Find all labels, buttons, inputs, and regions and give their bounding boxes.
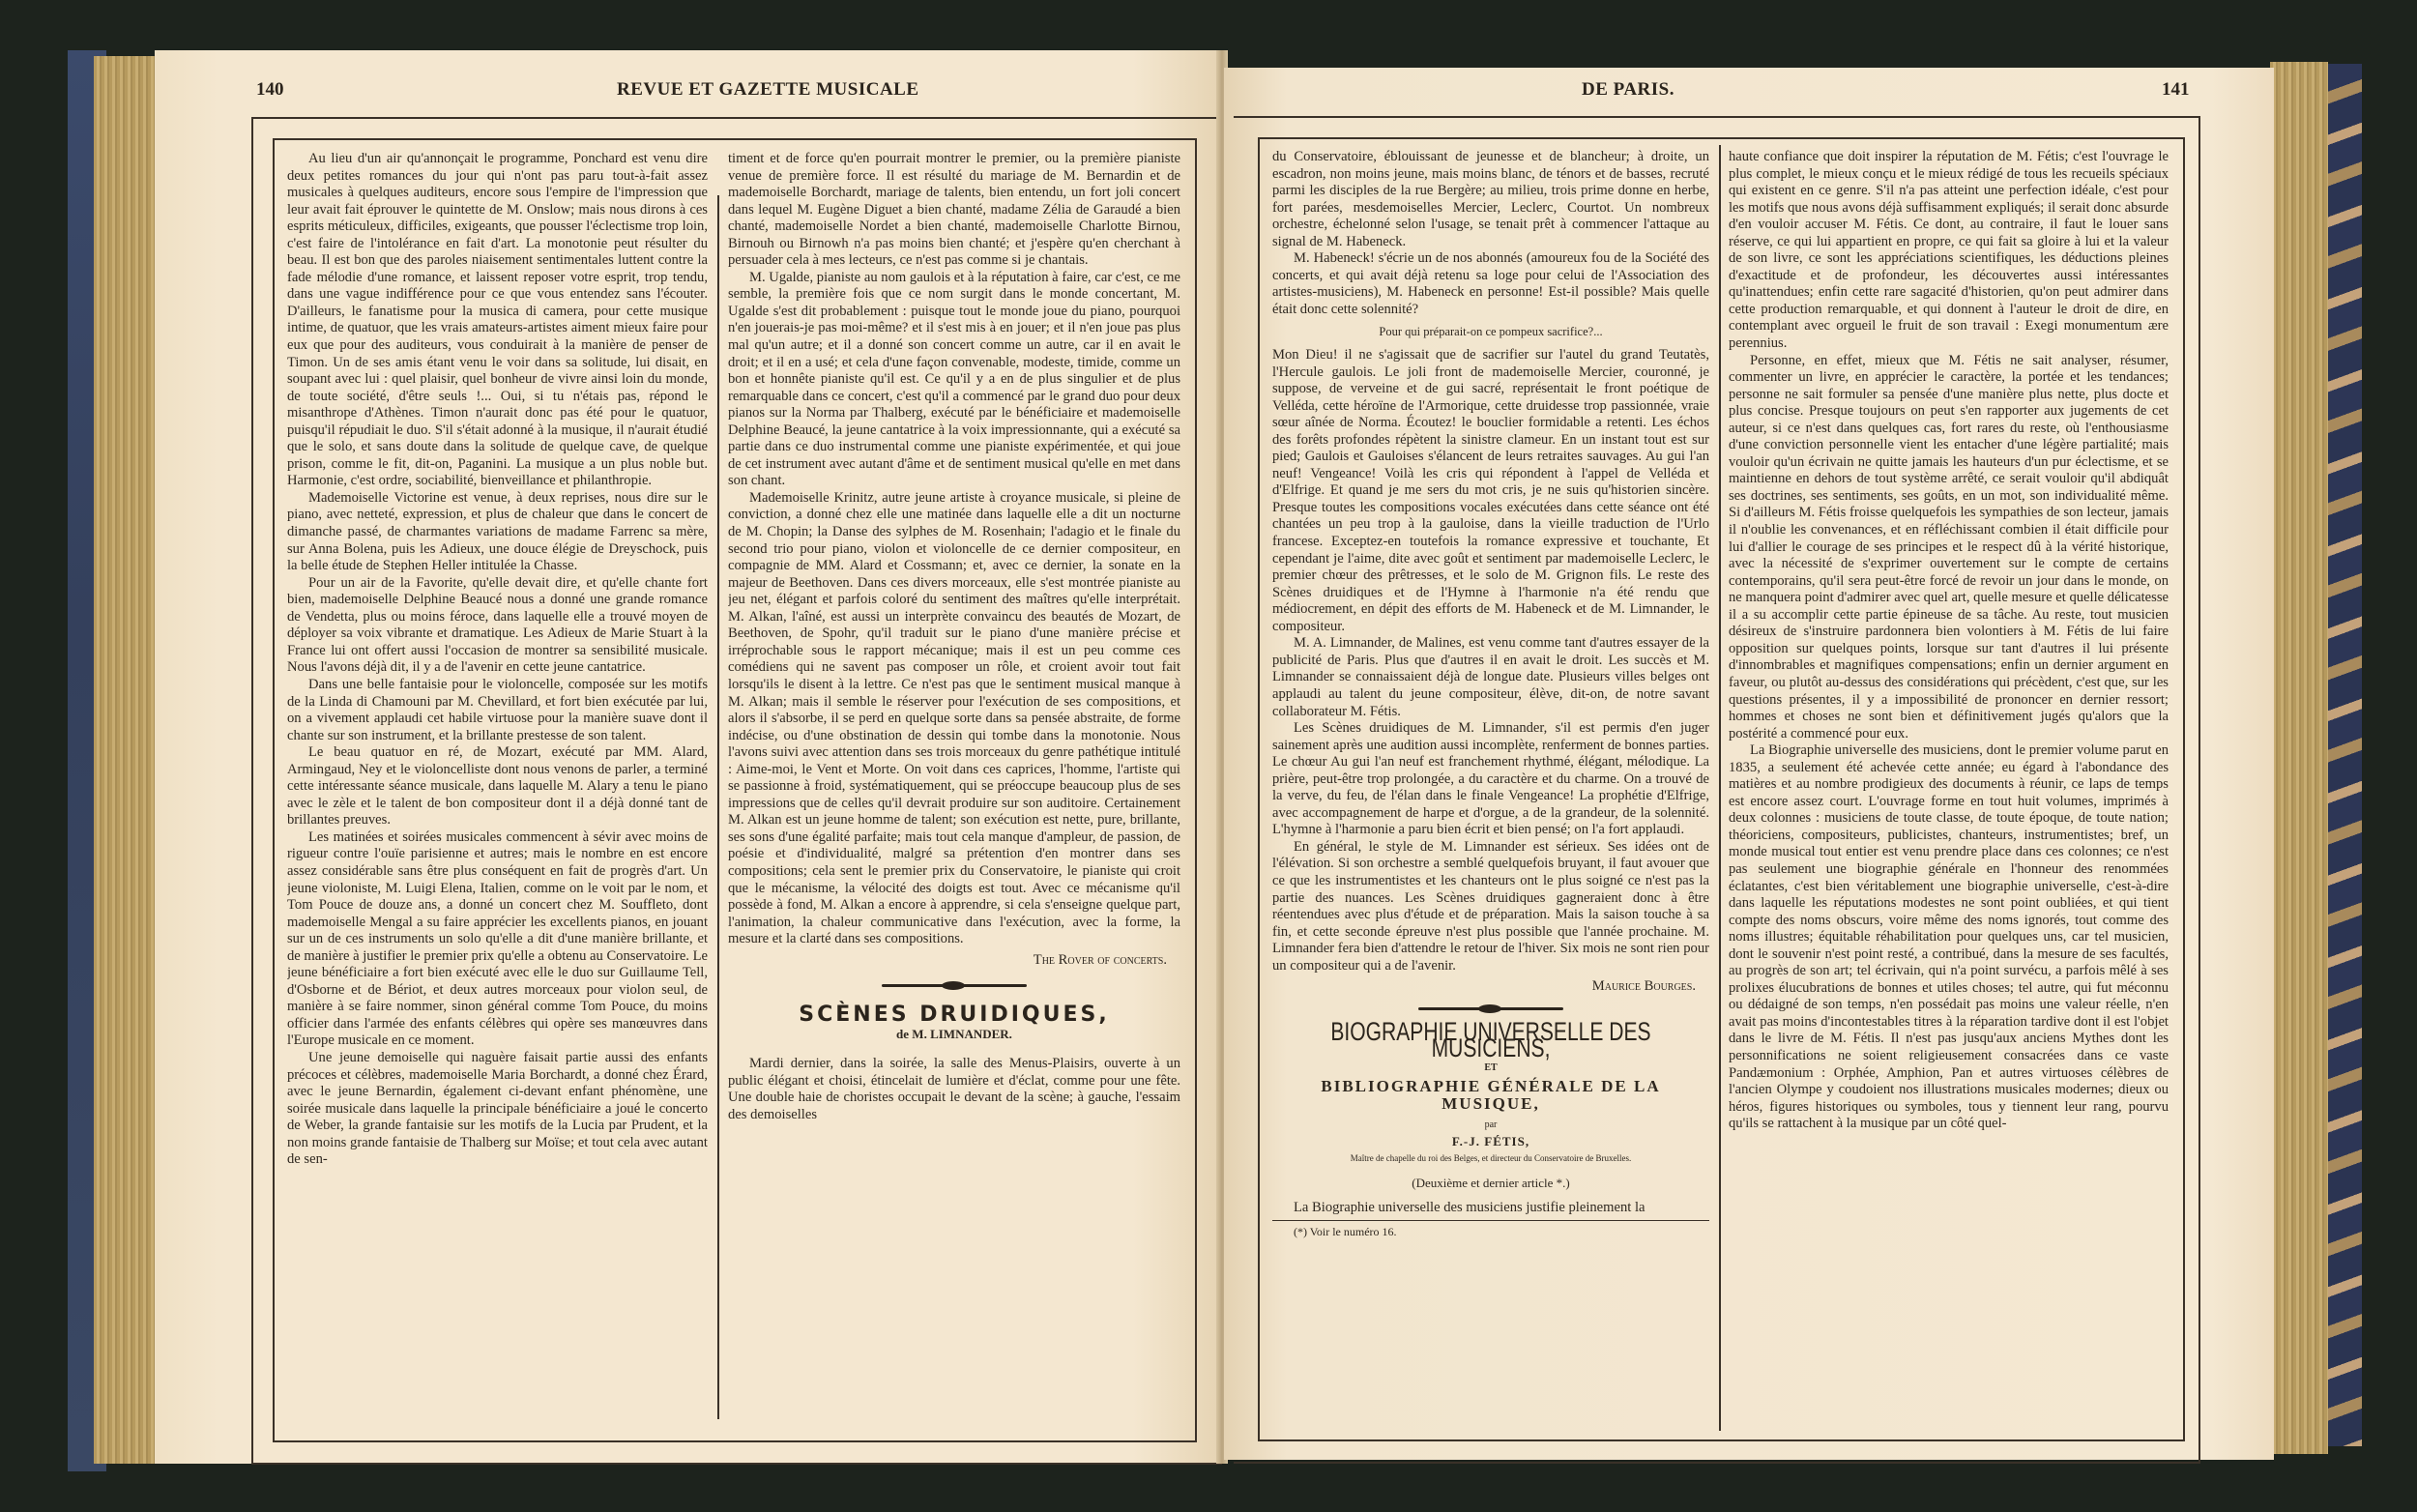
- paragraph: Mon Dieu! il ne s'agissait que de sacrif…: [1272, 347, 1709, 635]
- paragraph: La Biographie universelle des musiciens …: [1272, 1200, 1709, 1217]
- section-title: BIOGRAPHIE UNIVERSELLE DES MUSICIENS,: [1275, 1024, 1706, 1058]
- paragraph: La Biographie universelle des musiciens,…: [1729, 742, 2169, 1133]
- page-number: 140: [256, 79, 284, 101]
- footnote: (*) Voir le numéro 16.: [1272, 1224, 1709, 1241]
- column-rule: [1719, 145, 1721, 1431]
- column-rule: [717, 195, 719, 1419]
- page-edges-right: [2270, 62, 2328, 1454]
- paragraph: Au lieu d'un air qu'annonçait le program…: [287, 151, 708, 490]
- right-page-column-1: du Conservatoire, éblouissant de jeuness…: [1272, 149, 1709, 1430]
- section-title: SCÈNES DRUIDIQUES,: [728, 1006, 1180, 1024]
- paragraph: Dans une belle fantaisie pour le violonc…: [287, 677, 708, 744]
- paragraph: M. A. Limnander, de Malines, est venu co…: [1272, 635, 1709, 720]
- section-title-2: BIBLIOGRAPHIE GÉNÉRALE DE LA MUSIQUE,: [1272, 1078, 1709, 1112]
- paragraph: Le beau quatuor en ré, de Mozart, exécut…: [287, 744, 708, 829]
- right-page-column-2: haute confiance que doit inspirer la rép…: [1729, 149, 2169, 1430]
- article-note: (Deuxième et dernier article *.): [1272, 1175, 1709, 1192]
- paragraph: Mardi dernier, dans la soirée, la salle …: [728, 1056, 1180, 1123]
- author-name: F.-J. FÉTIS,: [1272, 1133, 1709, 1150]
- paragraph: du Conservatoire, éblouissant de jeuness…: [1272, 149, 1709, 250]
- running-head: REVUE ET GAZETTE MUSICALE: [617, 79, 919, 101]
- author-title: Maître de chapelle du roi des Belges, et…: [1272, 1150, 1709, 1168]
- page-number: 141: [2162, 79, 2190, 101]
- footnote-rule: [1272, 1220, 1709, 1221]
- paragraph: En général, le style de M. Limnander est…: [1272, 839, 1709, 974]
- paragraph: haute confiance que doit inspirer la rép…: [1729, 149, 2169, 353]
- section-subtitle: de M. LIMNANDER.: [728, 1026, 1180, 1043]
- left-page-column-1: Au lieu d'un air qu'annonçait le program…: [287, 151, 708, 1427]
- signature: The Rover of concerts.: [728, 952, 1180, 970]
- paragraph: Mademoiselle Victorine est venue, à deux…: [287, 490, 708, 575]
- paragraph: M. Ugalde, pianiste au nom gaulois et à …: [728, 270, 1180, 490]
- verse-quote: Pour qui préparait-on ce pompeux sacrifi…: [1272, 324, 1709, 341]
- paragraph: timent et de force qu'en pourrait montre…: [728, 151, 1180, 270]
- by-line: par: [1272, 1117, 1709, 1134]
- book-cover-right-marbled: [2325, 64, 2362, 1446]
- ornamental-divider: [882, 984, 1027, 987]
- paragraph: Les matinées et soirées musicales commen…: [287, 829, 708, 1050]
- paragraph: Les Scènes druidiques de M. Limnander, s…: [1272, 720, 1709, 839]
- signature: Maurice Bourges.: [1272, 978, 1709, 996]
- left-page-column-2: timent et de force qu'en pourrait montre…: [728, 151, 1180, 1427]
- left-page: 140 REVUE ET GAZETTE MUSICALE Au lieu d'…: [155, 50, 1218, 1464]
- paragraph: Personne, en effet, mieux que M. Fétis n…: [1729, 353, 2169, 743]
- paragraph: M. Habeneck! s'écrie un de nos abonnés (…: [1272, 250, 1709, 318]
- paragraph: Mademoiselle Krinitz, autre jeune artist…: [728, 490, 1180, 948]
- paragraph: Pour un air de la Favorite, qu'elle deva…: [287, 575, 708, 677]
- page-edges-left: [94, 56, 161, 1464]
- paragraph: Une jeune demoiselle qui naguère faisait…: [287, 1050, 708, 1169]
- running-head: DE PARIS.: [1582, 79, 1674, 101]
- ornamental-divider: [1418, 1007, 1563, 1010]
- right-page: DE PARIS. 141 du Conservatoire, éblouiss…: [1224, 68, 2274, 1460]
